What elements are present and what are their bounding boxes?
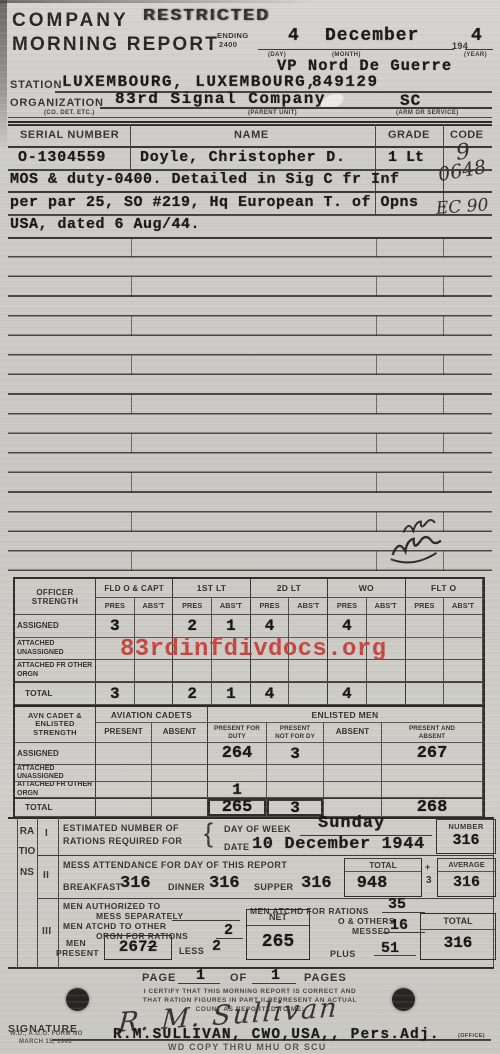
enlisted-table-title: AVN CADET & ENLISTED STRENGTH (15, 707, 96, 743)
enlisted-strength-table: AVN CADET & ENLISTED STRENGTH AVIATION C… (13, 705, 485, 819)
scan-edge-left (0, 0, 7, 150)
enlisted-cell-boxed: 3 (267, 798, 324, 817)
officer-sub-abst: ABS'T (289, 598, 328, 615)
enlisted-cell: 268 (382, 798, 483, 817)
officer-cell (289, 660, 328, 682)
officer-row-label: TOTAL (15, 682, 96, 705)
enlisted-cell (382, 765, 483, 782)
officer-cell (289, 682, 328, 705)
auth-mess-line1: MEN AUTHORIZED TO (63, 901, 160, 911)
enlisted-row-label: ATTACHED UNASSIGNED (15, 765, 96, 782)
enlisted-cell (152, 743, 208, 765)
pages-rule (252, 983, 296, 984)
parent-unit-sublabel: (PARENT UNIT) (248, 110, 297, 116)
enlisted-col: PRESENT FOR DUTY (208, 723, 267, 743)
officer-sub-pres: PRES (328, 598, 367, 615)
year-typed-value: 4 (471, 26, 482, 46)
double-rule-bottom (8, 121, 492, 123)
officer-sub-abst: ABS'T (212, 598, 251, 615)
entries-col-serial: SERIAL NUMBER (20, 129, 119, 141)
dinner-label: DINNER (168, 882, 205, 892)
men-present-overstrike: 2 (148, 938, 158, 956)
rations-total-value: 316 (421, 934, 495, 952)
of-label: OF (230, 972, 247, 984)
supper-label: SUPPER (254, 882, 293, 892)
officer-sub-pres: PRES (406, 598, 445, 615)
enlisted-cell (96, 798, 152, 817)
officer-sub-pres: PRES (96, 598, 135, 615)
divide-plus-sign: + (425, 862, 431, 872)
rations-numeral-divider (58, 817, 59, 967)
enlisted-cell (324, 743, 382, 765)
officer-sub-abst: ABS'T (444, 598, 483, 615)
rations-numeral-1: I (45, 828, 48, 839)
enlisted-col: PRESENT NOT FOR DY (267, 723, 324, 743)
entry-remark3: USA, dated 6 Aug/44. (10, 216, 200, 233)
organization-label: ORGANIZATION (10, 97, 104, 109)
enlisted-cell: 267 (382, 743, 483, 765)
officer-cell (444, 615, 483, 638)
station-value: LUXEMBOURG, LUXEMBOURG, (62, 73, 317, 91)
enlisted-col: PRESENT (96, 723, 152, 743)
entries-col-name: NAME (234, 129, 269, 141)
enlisted-cell (96, 743, 152, 765)
atchd-other-line1: MEN ATCHD TO OTHER (63, 921, 166, 931)
punch-hole-left (66, 988, 89, 1011)
year-sublabel: (YEAR) (464, 52, 487, 58)
officer-sub-abst: ABS'T (367, 598, 406, 615)
officer-cell: 4 (251, 682, 290, 705)
officer-cell (406, 660, 445, 682)
station-label: STATION (10, 79, 62, 91)
pages-label: PAGES (304, 972, 347, 984)
blank-divider-3 (443, 238, 444, 576)
entries-col-grade: GRADE (388, 129, 430, 141)
ending-time-label: 2400 (219, 40, 237, 49)
entry-grade-value: 1 Lt (388, 149, 424, 166)
year-rule (465, 49, 493, 50)
arm-service-sublabel: (ARM OR SERVICE) (396, 110, 459, 116)
punch-hole-right (392, 988, 415, 1011)
mess-average-box: AVERAGE 316 (437, 858, 496, 897)
enlisted-cell (382, 782, 483, 798)
atchd-other-value: 2 (224, 922, 233, 939)
officer-cell: 4 (328, 682, 367, 705)
officer-cell (444, 682, 483, 705)
officer-row-label: ATTACHED FR OTHER ORGN (15, 660, 96, 682)
enlisted-cell (152, 782, 208, 798)
less-value: 2 (212, 938, 221, 955)
page-value: 1 (196, 967, 205, 984)
organization-value: 83rd Signal Company (115, 90, 326, 108)
watermark-text: 83rdinfdivdocs.org (120, 636, 386, 663)
entries-header-bottom-rule (8, 146, 492, 148)
officer-row-label: ATTACHED UNASSIGNED (15, 638, 96, 660)
enlisted-cell (267, 782, 324, 798)
officer-cell (367, 615, 406, 638)
enlisted-cell: 264 (208, 743, 267, 765)
enlisted-cell: 3 (267, 743, 324, 765)
entries-divider-serial (130, 124, 131, 170)
distribution-line: WD COPY THRU MHU OR SCU (168, 1042, 326, 1052)
pages-value: 1 (271, 967, 280, 984)
officer-cell (135, 660, 174, 682)
enlisted-col: ABSENT (152, 723, 208, 743)
office-sublabel: (OFFICE) (458, 1033, 485, 1039)
divide-divisor: 3 (426, 875, 432, 886)
officer-cell (173, 660, 212, 682)
mess-total-box: TOTAL 948 (344, 858, 422, 897)
officer-cell: 1 (212, 682, 251, 705)
breakfast-value: 316 (120, 874, 151, 893)
form-number-line1: W.D., A.G.O. FORM NO (10, 1031, 83, 1037)
blank-divider-1 (131, 238, 132, 576)
rations-est-line1: ESTIMATED NUMBER OF (63, 823, 179, 833)
rations-top-rule (8, 817, 494, 819)
men-present-number: 267 (119, 938, 148, 956)
enlisted-group-enlisted: ENLISTED MEN (208, 707, 483, 723)
officer-cell (444, 638, 483, 660)
officer-group-flto: FLT O (406, 579, 483, 598)
breakfast-label: BREAKFAST (63, 882, 122, 892)
others-messed-line1: O & OTHERS (338, 916, 395, 926)
officer-cell (367, 682, 406, 705)
net-value: 265 (247, 932, 309, 952)
rations-total-label: TOTAL (421, 914, 495, 930)
enlisted-col: PRESENT AND ABSENT (382, 723, 483, 743)
double-rule-top (8, 117, 492, 118)
date-label: DATE (224, 842, 249, 852)
form-title-line1: COMPANY (12, 10, 129, 32)
mess-average-value: 316 (438, 874, 495, 891)
rations-numeral-3: III (42, 926, 52, 937)
rations-vertical-label: RATIONS (18, 822, 36, 883)
entry-serial-value: O-1304559 (18, 149, 106, 166)
form-title-line2: MORNING REPORT (12, 34, 219, 56)
officer-group-fldo: FLD O & CAPT (96, 579, 173, 598)
plus-label: PLUS (330, 949, 356, 959)
rations-numeral-2: II (43, 870, 49, 881)
page-rule (178, 983, 220, 984)
officer-cell (406, 682, 445, 705)
officer-cell (212, 660, 251, 682)
entry-remark2: per par 25, SO #219, Hq European T. of O… (10, 194, 419, 211)
enlisted-cell (152, 765, 208, 782)
men-present-value: 2672 (105, 938, 171, 956)
rations-brace: { (204, 818, 213, 849)
entry-name-value: Doyle, Christopher D. (140, 149, 346, 166)
officer-group-2dlt: 2D LT (251, 579, 328, 598)
page-label: PAGE (142, 972, 176, 984)
enlisted-row-label: ATTACHED FR OTHER ORGN (15, 782, 96, 798)
rations-number-value: 316 (437, 832, 495, 849)
enlisted-cell (96, 765, 152, 782)
rations-row1-rule (37, 855, 493, 856)
net-box: NET 265 (246, 909, 310, 960)
dinner-value: 316 (209, 874, 240, 893)
officer-cell: 1 (212, 615, 251, 638)
entry-row2-rule (8, 191, 492, 193)
enlisted-row-label: TOTAL (15, 798, 96, 817)
enlisted-cell (208, 765, 267, 782)
rations-est-line2: RATIONS REQUIRED FOR (63, 836, 182, 846)
officer-cell: 2 (173, 682, 212, 705)
officer-table-title: OFFICER STRENGTH (15, 579, 96, 615)
date-rule (258, 49, 454, 50)
officer-group-wo: WO (328, 579, 405, 598)
men-present-line2: PRESENT (56, 948, 99, 958)
officer-cell: 3 (96, 615, 135, 638)
rations-number-label: NUMBER (437, 822, 495, 831)
enlisted-cell (152, 798, 208, 817)
day-of-week-label: DAY OF WEEK (224, 824, 291, 834)
rations-total-box: TOTAL 316 (420, 913, 496, 960)
auth-mess-line2: MESS SEPARATELY (96, 911, 184, 921)
enlisted-cell (324, 782, 382, 798)
officer-cell (289, 615, 328, 638)
mess-total-value: 948 (347, 874, 397, 893)
net-label: NET (247, 910, 309, 926)
enlisted-cell-boxed: 265 (208, 798, 267, 817)
apo-number-value: 849129 (312, 73, 379, 91)
scan-edge-top (0, 0, 320, 3)
enlisted-row-label: ASSIGNED (15, 743, 96, 765)
rations-number-box: NUMBER 316 (436, 819, 496, 854)
officer-cell: 4 (328, 615, 367, 638)
men-present-line1: MEN (66, 938, 86, 948)
atchd-rations-value: 35 (388, 896, 406, 913)
ending-label: ENDING (217, 31, 249, 40)
officer-cell: 2 (173, 615, 212, 638)
rations-bottom-rule (8, 967, 494, 969)
rations-row2-rule (37, 898, 493, 899)
day-of-week-value: Sunday (318, 814, 385, 833)
others-messed-rule (383, 932, 425, 933)
blank-divider-2 (376, 238, 377, 576)
others-messed-line2: MESSED (352, 926, 390, 936)
handwritten-initials-mark (381, 516, 446, 571)
plus-rule (374, 955, 416, 956)
officer-cell (444, 660, 483, 682)
rations-letters-divider (37, 817, 38, 967)
enlisted-cell (267, 765, 324, 782)
enlisted-group-cadets: AVIATION CADETS (96, 707, 208, 723)
organization-rule (100, 107, 492, 109)
men-present-box: 2672 (104, 935, 172, 960)
officer-cell (328, 660, 367, 682)
less-label: LESS (179, 946, 204, 956)
enlisted-cell (96, 782, 152, 798)
co-det-sublabel: (CO. DET. ETC.) (44, 110, 95, 116)
enlisted-cell (324, 765, 382, 782)
mess-attendance-title: MESS ATTENDANCE FOR DAY OF THIS REPORT (63, 860, 287, 870)
officer-group-1stlt: 1ST LT (173, 579, 250, 598)
mess-total-label: TOTAL (345, 859, 421, 872)
entry-remark1: MOS & duty-0400. Detailed in Sig C fr In… (10, 171, 400, 188)
officer-sub-pres: PRES (251, 598, 290, 615)
mess-average-label: AVERAGE (438, 859, 495, 872)
form-number-line2: MARCH 15, 1943 (19, 1039, 72, 1045)
date-value: 10 December 1944 (252, 835, 425, 854)
supper-value: 316 (301, 874, 332, 893)
enlisted-col: ABSENT (324, 723, 382, 743)
officer-cell (406, 615, 445, 638)
officer-cell (135, 682, 174, 705)
officer-cell: 4 (251, 615, 290, 638)
enlisted-cell: 1 (208, 782, 267, 798)
officer-sub-pres: PRES (173, 598, 212, 615)
officer-cell (251, 660, 290, 682)
date-day-value: 4 (288, 26, 299, 46)
officer-cell (367, 660, 406, 682)
officer-cell (406, 638, 445, 660)
officer-cell (96, 660, 135, 682)
officer-cell: 3 (96, 682, 135, 705)
restricted-stamp: RESTRICTED (143, 7, 270, 25)
atchd-rations-rule (382, 912, 425, 913)
officer-cell (135, 615, 174, 638)
officer-row-label: ASSIGNED (15, 615, 96, 638)
signature-typed: R.M.SULLIVAN, CWO,USA,, Pers.Adj. (113, 1027, 440, 1043)
entries-header-top-rule (8, 124, 492, 126)
officer-sub-abst: ABS'T (135, 598, 174, 615)
date-month-value: December (325, 26, 419, 46)
